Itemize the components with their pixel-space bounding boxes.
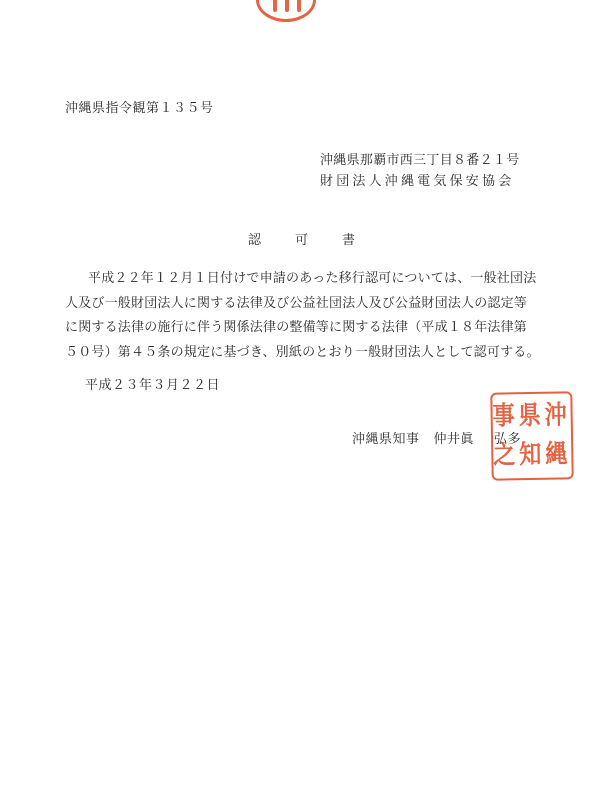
- body-line: 平成２２年１２月１日付けで申請のあった移行認可については、一般社団法: [65, 267, 535, 292]
- seal-char: 沖: [544, 396, 567, 435]
- body-line: ５０号）第４５条の規定に基づき、別紙のとおり一般財団法人として認可する。: [65, 341, 535, 366]
- seal-char: 之: [493, 436, 516, 475]
- addressee-address: 沖縄県那覇市西三丁目８番２１号: [320, 150, 520, 171]
- seal-char: 県: [518, 397, 541, 436]
- seal-char: 知: [519, 436, 542, 475]
- governor-seal: 沖 縄 県 知 事 之: [490, 391, 574, 480]
- document-number: 沖縄県指令観第１３５号: [65, 97, 214, 116]
- title-char: 認: [248, 229, 261, 248]
- document-title: 認可書: [248, 229, 389, 248]
- signatory-surname: 仲井眞: [434, 432, 475, 447]
- seal-stroke: [297, 0, 301, 12]
- seal-stroke: [273, 0, 277, 12]
- seal-char: 縄: [545, 435, 568, 474]
- body-paragraph: 平成２２年１２月１日付けで申請のあった移行認可については、一般社団法 人及び一般…: [65, 267, 535, 365]
- title-char: 書: [342, 229, 355, 248]
- body-line: に関する法律の施行に伴う関係法律の整備等に関する法律（平成１８年法律第: [65, 316, 535, 341]
- addressee-block: 沖縄県那覇市西三丁目８番２１号 財団法人沖縄電気保安協会: [320, 150, 520, 192]
- issue-date: 平成２３年３月２２日: [85, 374, 220, 393]
- addressee-name: 財団法人沖縄電気保安協会: [320, 171, 520, 192]
- top-red-seal-fragment: [256, 0, 316, 22]
- title-char: 可: [295, 229, 308, 248]
- body-line: 人及び一般財団法人に関する法律及び公益社団法人及び公益財団法人の認定等: [65, 292, 535, 317]
- signatory-title: 沖縄県知事: [352, 432, 420, 447]
- seal-char: 事: [492, 397, 515, 436]
- seal-stroke: [285, 0, 289, 12]
